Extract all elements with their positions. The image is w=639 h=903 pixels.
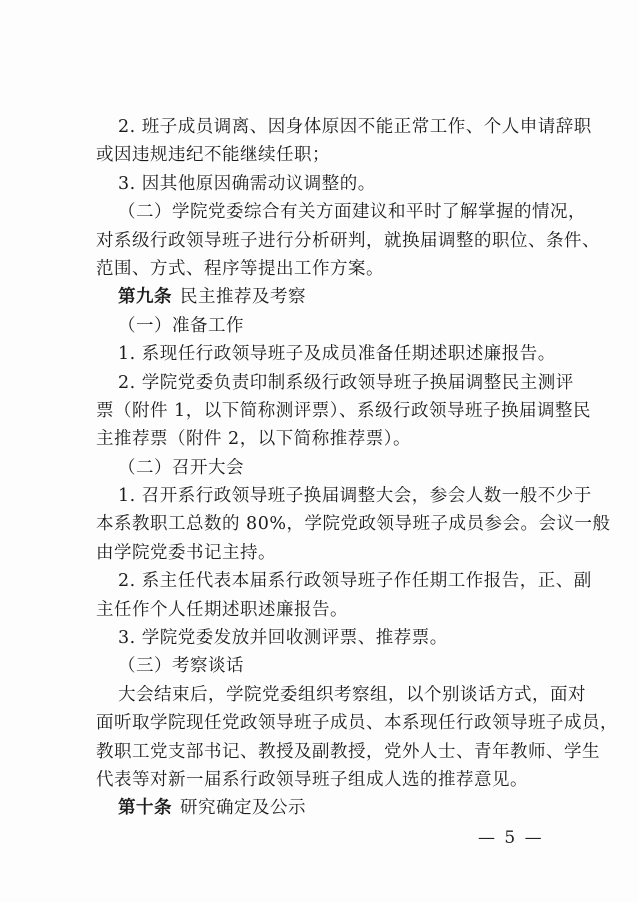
paragraph-line: 2. 学院党委负责印制系级行政领导班子换届调整民主测评 — [96, 369, 548, 397]
paragraph-line: 3. 学院党委发放并回收测评票、推荐票。 — [96, 624, 548, 652]
page-number: — 5 — — [478, 828, 544, 848]
section-heading-meeting: （二）召开大会 — [96, 454, 548, 482]
article-10-title: 研究确定及公示 — [180, 798, 306, 818]
article-10-label: 第十条 — [118, 798, 172, 818]
paragraph-line: 大会结束后，学院党委组织考察组，以个别谈话方式，面对 — [96, 681, 548, 709]
paragraph-line: 对系级行政领导班子进行分析研判，就换届调整的职位、条件、 — [96, 227, 548, 255]
paragraph-line: 1. 召开系行政领导班子换届调整大会，参会人数一般不少于 — [96, 482, 548, 510]
document-page: 2. 班子成员调离、因身体原因不能正常工作、个人申请辞职 或因违规违纪不能继续任… — [0, 0, 639, 903]
section-heading-preparation: （一）准备工作 — [96, 312, 548, 340]
paragraph-line: 面听取学院现任党政领导班子成员、本系现任行政领导班子成员， — [96, 709, 548, 737]
document-body: 2. 班子成员调离、因身体原因不能正常工作、个人申请辞职 或因违规违纪不能继续任… — [96, 113, 548, 823]
paragraph-line: 教职工党支部书记、教授及副教授，党外人士、青年教师、学生 — [96, 738, 548, 766]
paragraph-line: 或因违规违纪不能继续任职； — [96, 141, 548, 169]
paragraph-line: 代表等对新一届系行政领导班子组成人选的推荐意见。 — [96, 766, 548, 794]
paragraph-line: 主推荐票（附件 2，以下简称推荐票）。 — [96, 425, 548, 453]
section-heading-interview: （三）考察谈话 — [96, 652, 548, 680]
paragraph-line: 范围、方式、程序等提出工作方案。 — [96, 255, 548, 283]
paragraph-line: 3. 因其他原因确需动议调整的。 — [96, 170, 548, 198]
paragraph-line: 本系教职工总数的 80%，学院党政领导班子成员参会。会议一般 — [96, 510, 548, 538]
article-9-label: 第九条 — [118, 287, 172, 307]
article-10-heading: 第十条研究确定及公示 — [96, 794, 548, 822]
paragraph-line: 2. 班子成员调离、因身体原因不能正常工作、个人申请辞职 — [96, 113, 548, 141]
paragraph-line: 由学院党委书记主持。 — [96, 539, 548, 567]
article-9-title: 民主推荐及考察 — [180, 287, 306, 307]
article-9-heading: 第九条民主推荐及考察 — [96, 283, 548, 311]
paragraph-line: 2. 系主任代表本届系行政领导班子作任期工作报告，正、副 — [96, 567, 548, 595]
paragraph-line: 1. 系现任行政领导班子及成员准备任期述职述廉报告。 — [96, 340, 548, 368]
paragraph-line: （二）学院党委综合有关方面建议和平时了解掌握的情况， — [96, 198, 548, 226]
paragraph-line: 主任作个人任期述职述廉报告。 — [96, 596, 548, 624]
paragraph-line: 票（附件 1，以下简称测评票）、系级行政领导班子换届调整民 — [96, 397, 548, 425]
